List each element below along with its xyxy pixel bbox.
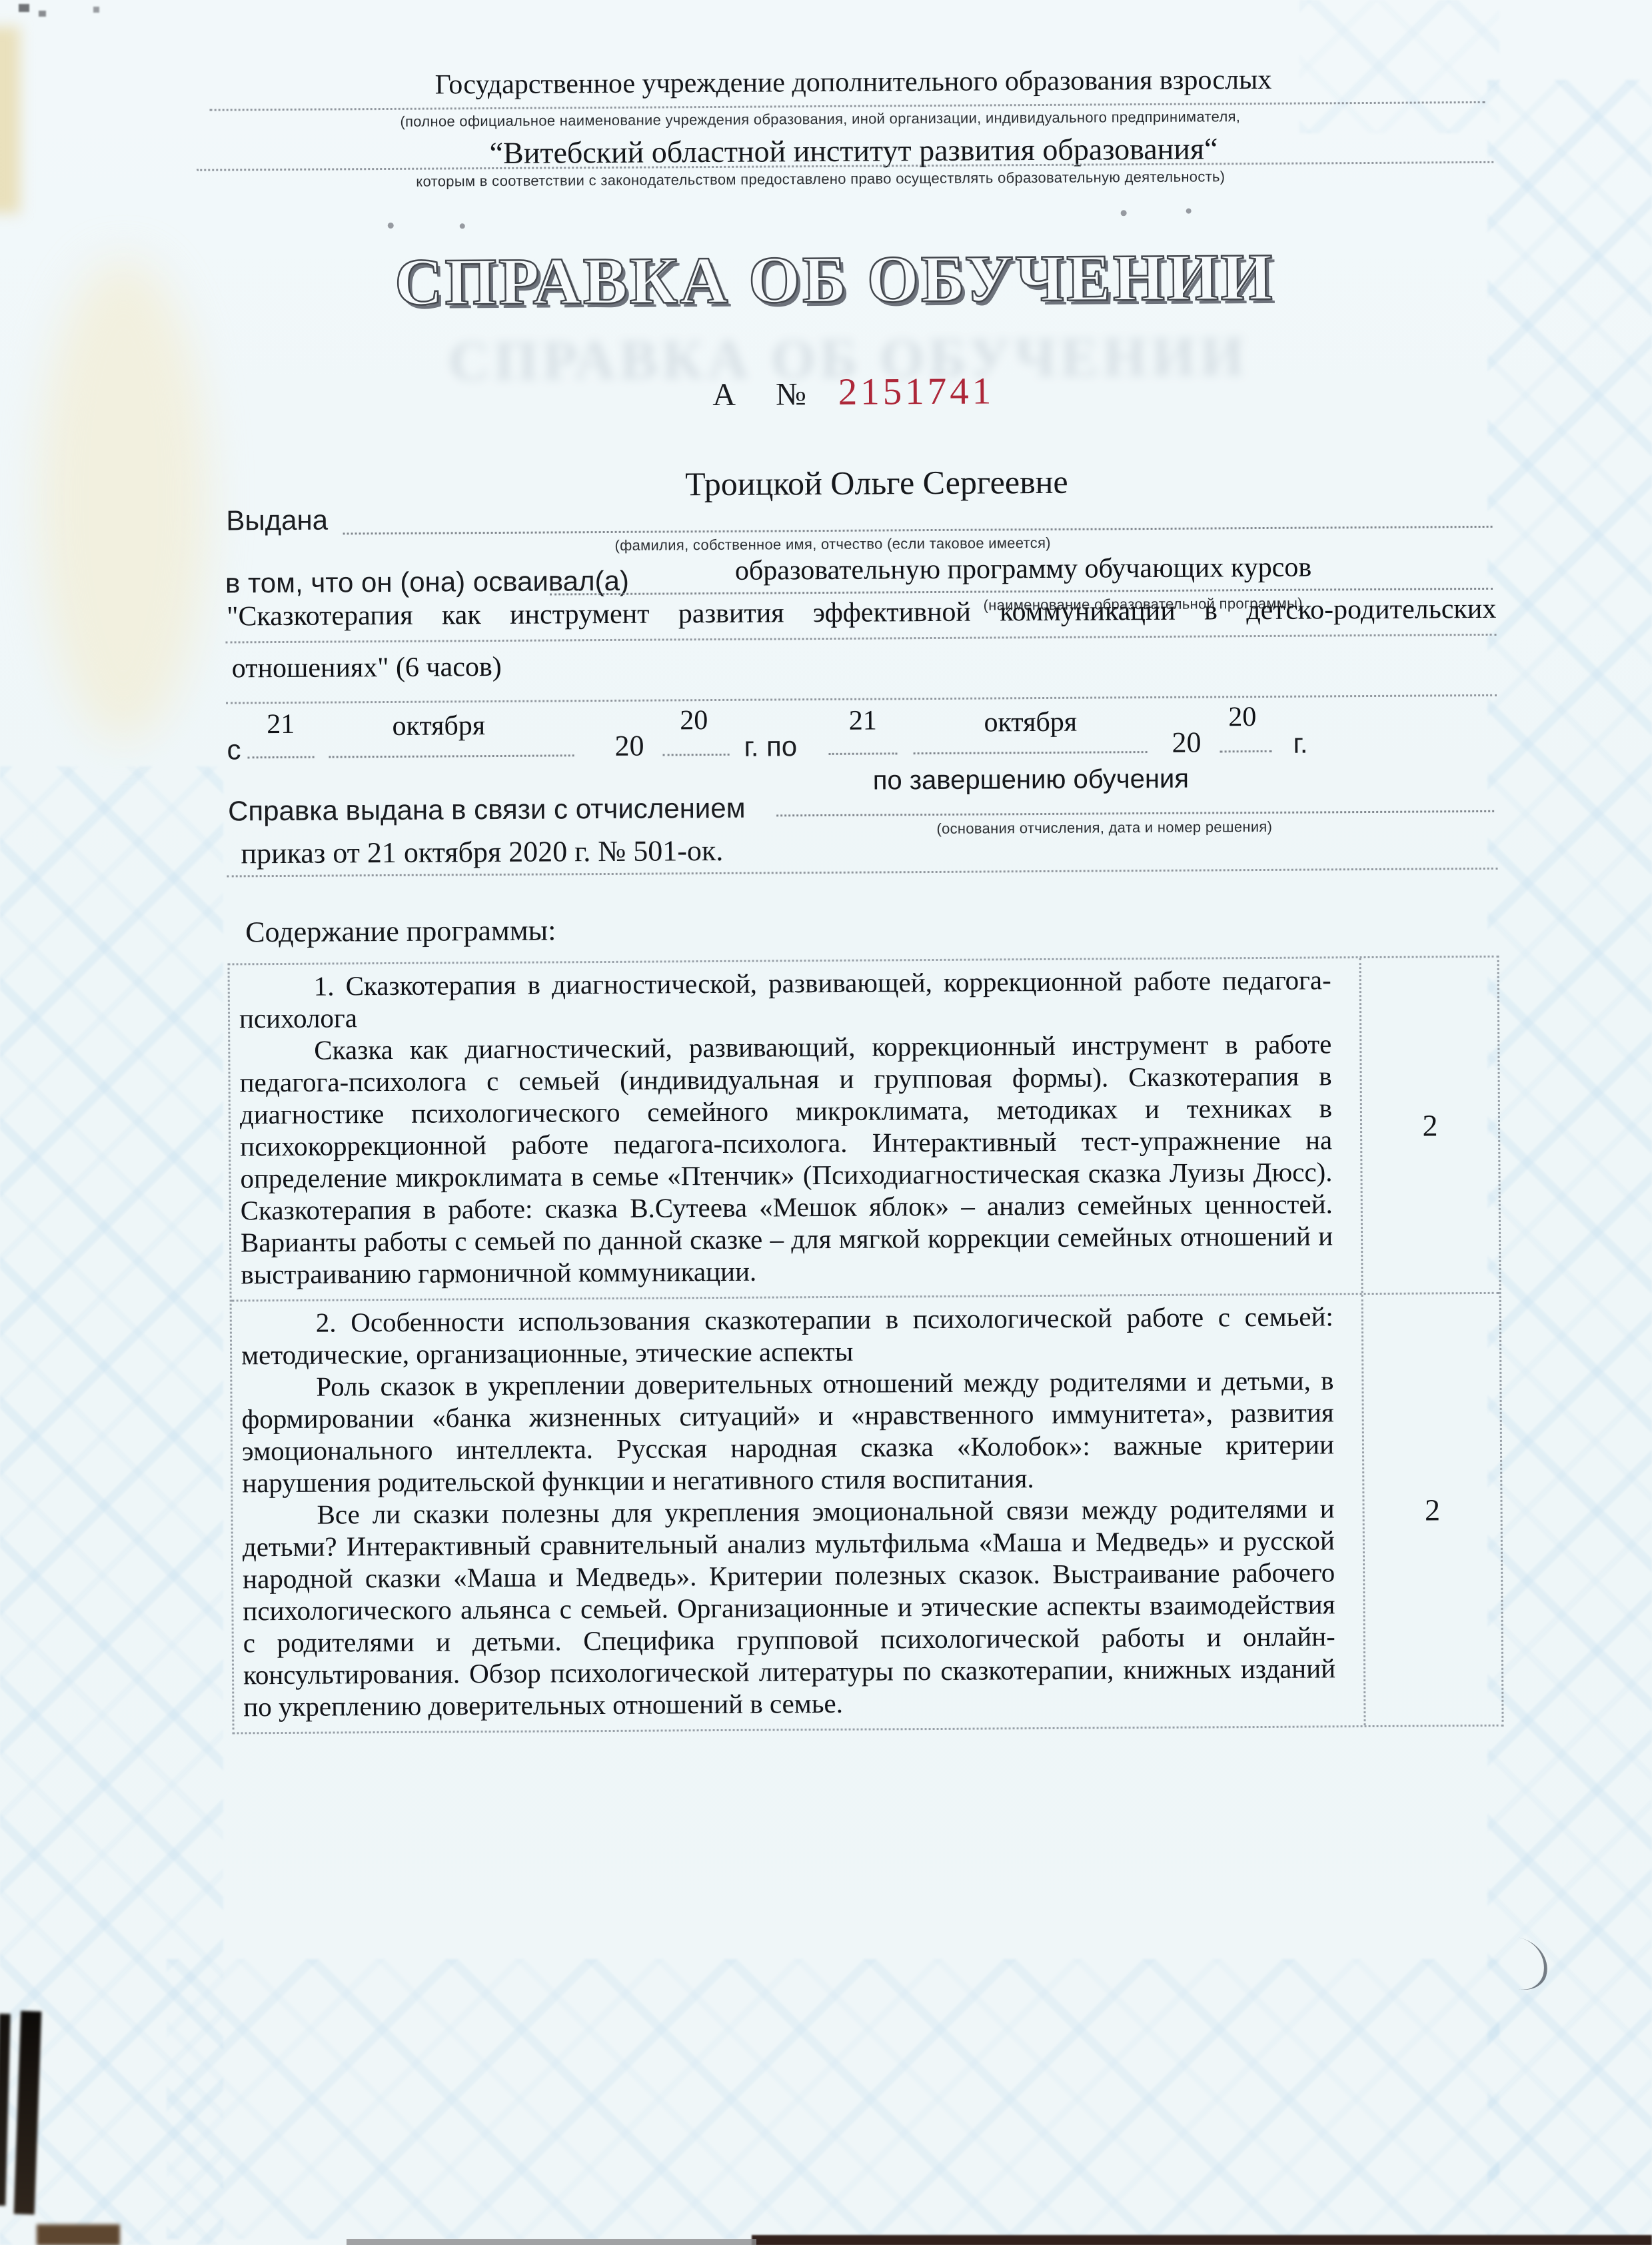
bottom-scan-strip-dark — [752, 2235, 1652, 2245]
top-left-ink-speck — [19, 4, 29, 12]
top-left-ink-speck — [39, 11, 46, 17]
dismissal-fill-line — [776, 810, 1494, 817]
program-name-line2: отношениях" (6 часов) — [232, 651, 502, 684]
hours-cell: 2 — [1359, 958, 1499, 1293]
table-row: 1. Сказкотерапия в диагностической, разв… — [230, 958, 1499, 1300]
to-year-prefix: 20 — [1172, 726, 1201, 760]
from-year-line — [663, 754, 730, 756]
speck-dot — [1121, 210, 1127, 216]
to-month-line — [914, 751, 1148, 754]
dismissal-note: (основания отчисления, дата и номер реше… — [891, 818, 1317, 838]
content-heading: Содержание программы: — [245, 913, 556, 949]
program-type-value: образовательную программу обучающих курс… — [735, 552, 1311, 587]
top-left-ink-speck — [93, 7, 99, 13]
from-year-value: 20 — [664, 704, 724, 737]
document-sheet: Государственное учреждение дополнительно… — [0, 0, 1652, 2245]
issued-label: Выдана — [226, 504, 328, 537]
name-note: (фамилия, собственное имя, отчество (есл… — [583, 534, 1083, 555]
speck-dot — [1186, 209, 1192, 214]
table-row: 2. Особенности использования сказкотерап… — [232, 1292, 1502, 1733]
topic-description: Роль сказок в укреплении доверительных о… — [241, 1364, 1334, 1499]
org-name-note: (полное официальное наименование учрежде… — [201, 107, 1440, 131]
hours-cell: 2 — [1361, 1294, 1502, 1725]
from-day-line — [248, 756, 315, 759]
serial-number: 2151741 — [838, 370, 995, 412]
bottom-scan-strip-gray — [347, 2239, 756, 2245]
completion-reason: по завершению обучения — [844, 764, 1218, 796]
topic-description: Все ли сказки полезны для укрепления эмо… — [242, 1492, 1335, 1723]
period-suffix: г. — [1293, 728, 1307, 760]
program-content-table: 1. Сказкотерапия в диагностической, разв… — [228, 956, 1504, 1735]
topic-cell: 2. Особенности использования сказкотерап… — [232, 1295, 1364, 1732]
to-month-value: октября — [924, 706, 1137, 739]
rule-program-2 — [226, 694, 1497, 704]
number-sign: № — [776, 376, 806, 412]
period-from-label: с — [227, 734, 241, 766]
topic-description: Сказка как диагностический, развивающий,… — [239, 1028, 1333, 1290]
serial-line: А № 2151741 — [712, 369, 994, 414]
document-title: СПРАВКА ОБ ОБУЧЕНИИ — [221, 237, 1448, 321]
from-month-line — [329, 754, 574, 758]
speck-dot — [388, 223, 394, 229]
name-fill-line — [343, 526, 1493, 535]
serial-series: А — [712, 377, 736, 412]
from-day-value: 21 — [247, 708, 314, 741]
to-year-line — [1220, 750, 1272, 752]
recipient-name: Троицкой Ольге Сергеевне — [685, 462, 1068, 504]
org-name-line: Государственное учреждение дополнительно… — [220, 63, 1486, 103]
dismissal-order: приказ от 21 октября 2020 г. № 501-ок. — [241, 834, 723, 870]
topic-cell: 1. Сказкотерапия в диагностической, разв… — [230, 958, 1361, 1299]
to-year-value: 20 — [1216, 701, 1269, 733]
dismissal-label: Справка выдана в связи с отчислением — [228, 792, 746, 828]
speck-dot — [460, 223, 465, 229]
bottom-left-brown-mark — [37, 2224, 120, 2245]
program-name-line1: "Сказкотерапия как инструмент развития э… — [227, 593, 1496, 633]
period-to-label: г. по — [744, 730, 797, 762]
topic-title: 2. Особенности использования сказкотерап… — [241, 1300, 1334, 1371]
to-day-line — [829, 752, 898, 755]
topic-title: 1. Сказкотерапия в диагностической, разв… — [239, 964, 1332, 1034]
rule-program-1 — [226, 634, 1497, 644]
from-year-prefix: 20 — [614, 729, 644, 763]
from-month-value: октября — [329, 710, 548, 743]
to-day-value: 21 — [830, 704, 895, 737]
